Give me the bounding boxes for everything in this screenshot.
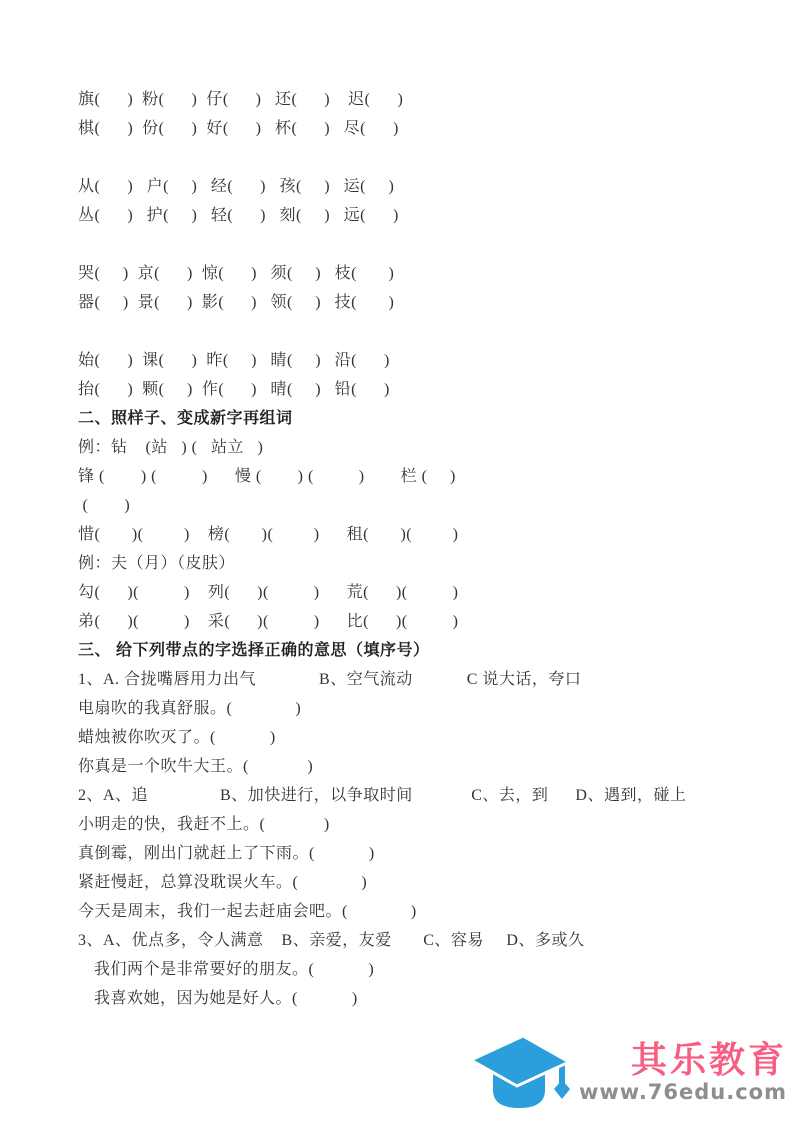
site-logo: 其乐教育 www.76edu.com bbox=[463, 1030, 787, 1114]
section-heading: 三、 给下列带点的字选择正确的意思（填序号） bbox=[78, 636, 773, 665]
logo-text: 其乐教育 www.76edu.com bbox=[579, 1041, 787, 1104]
text-line: 今天是周末，我们一起去赶庙会吧。( ) bbox=[78, 897, 773, 926]
text-line: 3、A、优点多，令人满意 B、亲爱，友爱 C、容易 D、多或久 bbox=[78, 926, 773, 955]
text-line bbox=[78, 230, 773, 259]
logo-website-url: www.76edu.com bbox=[579, 1081, 787, 1104]
text-line: 2、A、追 B、加快进行，以争取时间 C、去，到 D、遇到，碰上 bbox=[78, 781, 773, 810]
text-line: 电扇吹的我真舒服。( ) bbox=[78, 694, 773, 723]
text-line: 哭( ) 京( ) 惊( ) 须( ) 枝( ) bbox=[78, 259, 773, 288]
worksheet-page: 旗( ) 粉( ) 仔( ) 还( ) 迟( )棋( ) 份( ) 好( ) 杯… bbox=[0, 0, 793, 1122]
text-line: 从( ) 户( ) 经( ) 孩( ) 运( ) bbox=[78, 172, 773, 201]
text-line: 真倒霉，刚出门就赶上了下雨。( ) bbox=[78, 839, 773, 868]
text-line: 棋( ) 份( ) 好( ) 杯( ) 尽( ) bbox=[78, 114, 773, 143]
graduation-cap-icon bbox=[463, 1030, 575, 1114]
text-line: 始( ) 课( ) 昨( ) 睛( ) 沿( ) bbox=[78, 346, 773, 375]
logo-brand-name: 其乐教育 bbox=[631, 1041, 787, 1081]
text-line: 器( ) 景( ) 影( ) 领( ) 技( ) bbox=[78, 288, 773, 317]
text-line: 勾( )( ) 列( )( ) 荒( )( ) bbox=[78, 578, 773, 607]
text-line: 抬( ) 颗( ) 作( ) 晴( ) 铅( ) bbox=[78, 375, 773, 404]
text-line: 例：夫（月）（皮肤） bbox=[78, 549, 773, 578]
text-line: 我们两个是非常要好的朋友。( ) bbox=[78, 955, 773, 984]
text-line: 小明走的快，我赶不上。( ) bbox=[78, 810, 773, 839]
text-line: 例：钻 (站 ) ( 站立 ) bbox=[78, 433, 773, 462]
text-line: 旗( ) 粉( ) 仔( ) 还( ) 迟( ) bbox=[78, 85, 773, 114]
text-line: 你真是一个吹牛大王。( ) bbox=[78, 752, 773, 781]
text-line: 1、A. 合拢嘴唇用力出气 B、空气流动 C 说大话，夸口 bbox=[78, 665, 773, 694]
text-line: 锋 ( ) ( ) 慢 ( ) ( ) 栏 ( ) bbox=[78, 462, 773, 491]
section-heading: 二、照样子、变成新字再组词 bbox=[78, 404, 773, 433]
text-line: 蜡烛被你吹灭了。( ) bbox=[78, 723, 773, 752]
text-line bbox=[78, 143, 773, 172]
text-line: 丛( ) 护( ) 轻( ) 刻( ) 远( ) bbox=[78, 201, 773, 230]
text-line: 我喜欢她，因为她是好人。( ) bbox=[78, 984, 773, 1013]
text-line bbox=[78, 317, 773, 346]
text-line: 弟( )( ) 采( )( ) 比( )( ) bbox=[78, 607, 773, 636]
text-line: 紧赶慢赶，总算没耽误火车。( ) bbox=[78, 868, 773, 897]
text-line: ( ) bbox=[78, 491, 773, 520]
text-line: 惜( )( ) 榜( )( ) 租( )( ) bbox=[78, 520, 773, 549]
worksheet-lines: 旗( ) 粉( ) 仔( ) 还( ) 迟( )棋( ) 份( ) 好( ) 杯… bbox=[78, 85, 773, 1013]
